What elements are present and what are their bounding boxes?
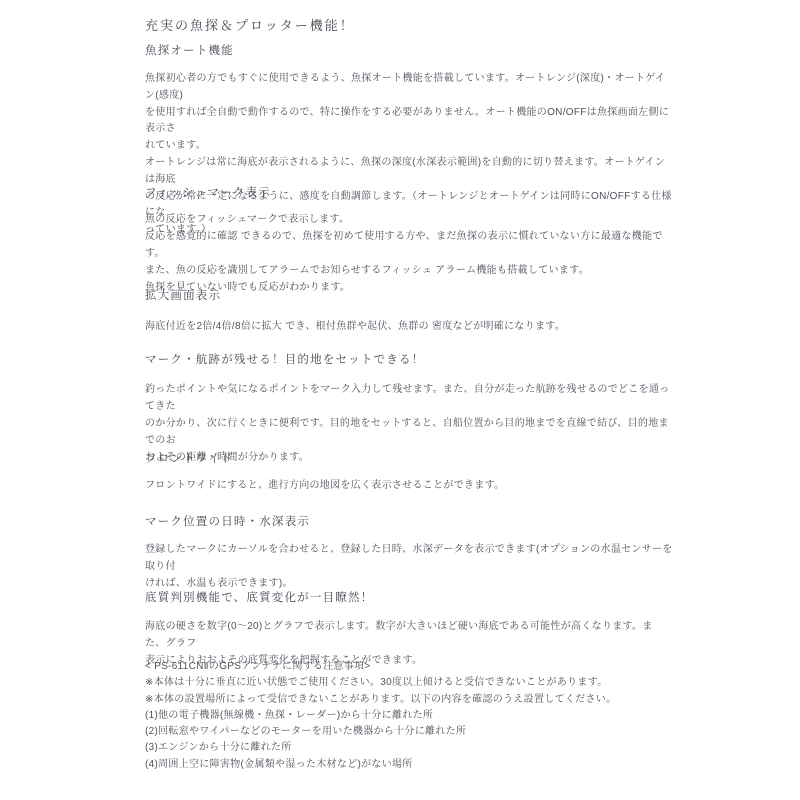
section-heading-bottom-discrimination: 底質判別機能で、底質変化が一目瞭然！ <box>145 592 673 605</box>
page-title: 充実の魚探＆プロッター機能！ <box>145 18 673 33</box>
section-body-mark-datetime-depth: 登録したマークにカーソルを合わせると、登録した日時、水深データを表示できます(オ… <box>145 541 673 592</box>
section-heading-mark-track: マーク・航跡が残せる！目的地をセットできる！ <box>145 354 673 367</box>
gps-antenna-notes: < PS-611CNⅡのGPSアンテナに関する注意事項> ※本体は十分に垂直に近… <box>145 659 673 773</box>
product-description-page: 充実の魚探＆プロッター機能！ 魚探オート機能 魚探初心者の方でもすぐに使用できる… <box>0 0 800 800</box>
section-heading-mark-datetime-depth: マーク位置の日時・水深表示 <box>145 516 673 529</box>
section-heading-front-wide: フロントワイド <box>145 453 673 466</box>
section-heading-sonar-auto: 魚探オート機能 <box>145 45 673 58</box>
section-body-zoom-display: 海底付近を2倍/4倍/8倍に拡大 でき、根付魚群や起伏、魚群の 密度などが明確に… <box>145 318 673 335</box>
section-body-front-wide: フロントワイドにすると、進行方向の地図を広く表示させることができます。 <box>145 477 673 494</box>
section-heading-fish-mark: フィッシュマーク表示 <box>145 187 673 200</box>
section-body-fish-mark: 魚の反応をフィッシュマークで表示します。 反応を感覚的に確認 できるので、魚探を… <box>145 211 673 296</box>
section-heading-zoom-display: 拡大画面表示 <box>145 290 673 303</box>
